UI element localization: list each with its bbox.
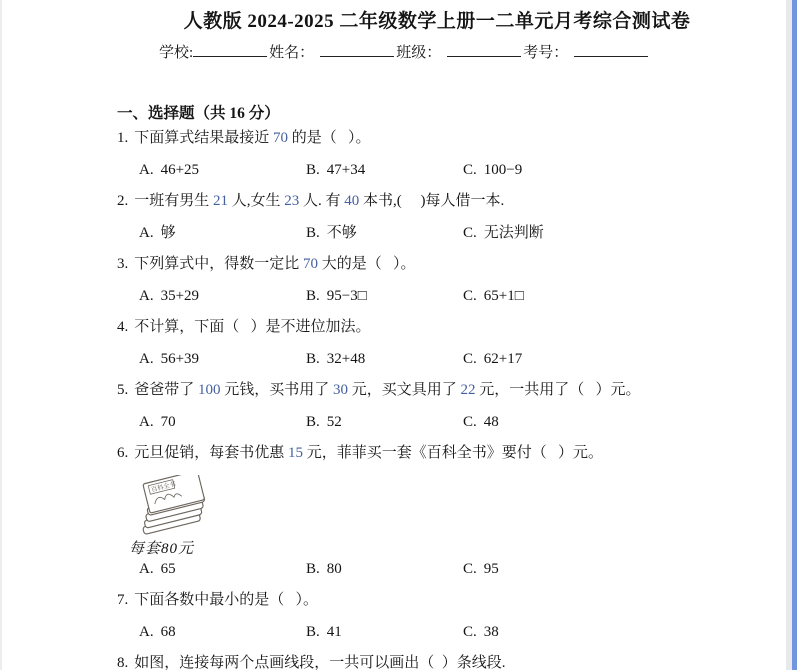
question-stem: 6.元旦促销，每套书优惠 15 元，菲菲买一套《百科全书》要付（ ）元。	[117, 443, 757, 464]
field-label: 姓名：	[269, 43, 314, 64]
option-text: 100−9	[484, 162, 522, 178]
answer-option: C.62+17	[463, 349, 522, 370]
answer-option: B.52	[306, 412, 463, 433]
answer-option: B.不够	[306, 223, 463, 244]
stem-text: 元钱，买书用了	[221, 382, 334, 398]
field-label: 班级：	[396, 43, 441, 64]
encyclopedia-books-icon: 百科全书	[123, 475, 219, 535]
option-text: 68	[161, 624, 176, 640]
option-label: C.	[463, 414, 484, 430]
question-stem: 5.爸爸带了 100 元钱，买书用了 30 元，买文具用了 22 元，一共用了（…	[117, 380, 757, 401]
stem-text: 一班有男生	[134, 193, 213, 209]
student-info-field: 姓名：	[269, 42, 394, 64]
student-info-field: 学校:	[159, 42, 267, 64]
stem-text: 人,女生	[228, 193, 284, 209]
question-stem: 7.下面各数中最小的是（ ）。	[117, 590, 757, 611]
option-label: C.	[463, 351, 484, 367]
stem-text: 的是（ ）。	[288, 130, 371, 146]
answer-option: C.38	[463, 622, 499, 643]
option-label: B.	[306, 225, 327, 241]
field-label: 考号：	[523, 43, 568, 64]
option-text: 38	[484, 624, 499, 640]
option-label: A.	[139, 414, 161, 430]
stem-number: 40	[344, 193, 359, 209]
option-text: 47+34	[327, 162, 365, 178]
stem-text: 下面各数中最小的是（ ）。	[134, 592, 318, 608]
question-number: 4.	[117, 319, 134, 335]
question-number: 7.	[117, 592, 134, 608]
option-label: B.	[306, 414, 327, 430]
stem-number: 23	[284, 193, 299, 209]
option-text: 56+39	[161, 351, 199, 367]
options-row: A.46+25B.47+34C.100−9	[117, 160, 757, 181]
answer-option: A.56+39	[139, 349, 306, 370]
option-label: B.	[306, 288, 327, 304]
question-number: 2.	[117, 193, 134, 209]
stem-text: 元，菲菲买一套《百科全书》要付（ ）元。	[303, 445, 603, 461]
answer-option: C.48	[463, 412, 499, 433]
option-label: B.	[306, 561, 327, 577]
option-label: C.	[463, 225, 484, 241]
question-stem: 2.一班有男生 21 人,女生 23 人. 有 40 本书,( )每人借一本.	[117, 191, 757, 212]
option-text: 62+17	[484, 351, 522, 367]
stem-number: 30	[333, 382, 348, 398]
options-row: A.68B.41C.38	[117, 622, 757, 643]
stem-text: 人. 有	[299, 193, 344, 209]
option-text: 46+25	[161, 162, 199, 178]
option-label: C.	[463, 288, 484, 304]
answer-option: A.68	[139, 622, 306, 643]
option-text: 48	[484, 414, 499, 430]
answer-option: A.够	[139, 223, 306, 244]
answer-option: A.70	[139, 412, 306, 433]
fill-in-blank	[320, 42, 394, 57]
option-text: 95−3□	[327, 288, 367, 304]
option-label: B.	[306, 162, 327, 178]
question-stem: 3.下列算式中，得数一定比 70 大的是（ ）。	[117, 254, 757, 275]
question-number: 6.	[117, 445, 134, 461]
fill-in-blank	[574, 42, 648, 57]
answer-option: A.65	[139, 559, 306, 580]
question-number: 5.	[117, 382, 134, 398]
student-info-field: 班级：	[396, 42, 521, 64]
option-text: 80	[327, 561, 342, 577]
answer-option: B.41	[306, 622, 463, 643]
question-number: 8.	[117, 655, 134, 670]
question-item: 6.元旦促销，每套书优惠 15 元，菲菲买一套《百科全书》要付（ ）元。 百科全…	[117, 443, 757, 580]
answer-option: B.80	[306, 559, 463, 580]
answer-option: C.65+1□	[463, 286, 524, 307]
question-figure: 百科全书 每套80元	[123, 475, 757, 559]
question-item: 5.爸爸带了 100 元钱，买书用了 30 元，买文具用了 22 元，一共用了（…	[117, 380, 757, 433]
stem-text: 如图，连接每两个点画线段，一共可以画出（ ）条线段.	[134, 655, 505, 670]
stem-text: 爸爸带了	[134, 382, 198, 398]
stem-number: 70	[303, 256, 318, 272]
options-row: A.56+39B.32+48C.62+17	[117, 349, 757, 370]
option-text: 够	[161, 225, 176, 241]
question-item: 2.一班有男生 21 人,女生 23 人. 有 40 本书,( )每人借一本.A…	[117, 191, 757, 244]
answer-option: B.95−3□	[306, 286, 463, 307]
student-info-field: 考号：	[523, 42, 648, 64]
question-item: 3.下列算式中，得数一定比 70 大的是（ ）。A.35+29B.95−3□C.…	[117, 254, 757, 307]
stem-text: 本书,( )每人借一本.	[359, 193, 504, 209]
field-label: 学校:	[159, 43, 193, 64]
option-label: C.	[463, 624, 484, 640]
options-row: A.65B.80C.95	[117, 559, 757, 580]
option-label: A.	[139, 624, 161, 640]
answer-option: C.无法判断	[463, 223, 544, 244]
option-text: 95	[484, 561, 499, 577]
question-stem: 8.如图，连接每两个点画线段，一共可以画出（ ）条线段.	[117, 653, 757, 670]
stem-number: 21	[213, 193, 228, 209]
scrollbar-thumb[interactable]	[792, 0, 797, 670]
question-stem: 4.不计算，下面（ ）是不进位加法。	[117, 317, 757, 338]
option-label: B.	[306, 351, 327, 367]
fill-in-blank	[447, 42, 521, 57]
option-text: 不够	[327, 225, 357, 241]
answer-option: B.47+34	[306, 160, 463, 181]
question-number: 3.	[117, 256, 134, 272]
stem-text: 元，买文具用了	[348, 382, 461, 398]
option-text: 65+1□	[484, 288, 524, 304]
question-list: 1.下面算式结果最接近 70 的是（ ）。A.46+25B.47+34C.100…	[117, 128, 757, 670]
answer-option: C.100−9	[463, 160, 522, 181]
stem-text: 元，一共用了（ ）元。	[476, 382, 641, 398]
option-text: 70	[161, 414, 176, 430]
page-title: 人教版 2024-2025 二年级数学上册一二单元月考综合测试卷	[117, 10, 757, 34]
option-text: 52	[327, 414, 342, 430]
stem-text: 下面算式结果最接近	[134, 130, 273, 146]
stem-number: 22	[461, 382, 476, 398]
answer-option: A.46+25	[139, 160, 306, 181]
option-label: A.	[139, 288, 161, 304]
option-label: A.	[139, 351, 161, 367]
options-row: A.70B.52C.48	[117, 412, 757, 433]
question-stem: 1.下面算式结果最接近 70 的是（ ）。	[117, 128, 757, 149]
option-text: 65	[161, 561, 176, 577]
stem-number: 70	[273, 130, 288, 146]
fill-in-blank	[193, 42, 267, 57]
stem-text: 元旦促销，每套书优惠	[134, 445, 288, 461]
option-text: 41	[327, 624, 342, 640]
student-info-line: 学校:姓名：班级：考号：	[159, 42, 757, 64]
answer-option: A.35+29	[139, 286, 306, 307]
option-text: 32+48	[327, 351, 365, 367]
question-item: 4.不计算，下面（ ）是不进位加法。A.56+39B.32+48C.62+17	[117, 317, 757, 370]
option-label: A.	[139, 162, 161, 178]
option-label: B.	[306, 624, 327, 640]
question-item: 8.如图，连接每两个点画线段，一共可以画出（ ）条线段.	[117, 653, 757, 670]
question-item: 1.下面算式结果最接近 70 的是（ ）。A.46+25B.47+34C.100…	[117, 128, 757, 181]
option-label: C.	[463, 561, 484, 577]
answer-option: C.95	[463, 559, 499, 580]
stem-text: 下列算式中，得数一定比	[134, 256, 303, 272]
option-label: A.	[139, 561, 161, 577]
question-number: 1.	[117, 130, 134, 146]
answer-option: B.32+48	[306, 349, 463, 370]
document-page: 人教版 2024-2025 二年级数学上册一二单元月考综合测试卷 学校:姓名：班…	[0, 0, 787, 670]
section-heading: 一、选择题（共 16 分）	[117, 103, 757, 124]
option-label: C.	[463, 162, 484, 178]
stem-number: 100	[198, 382, 221, 398]
options-row: A.够B.不够C.无法判断	[117, 223, 757, 244]
stem-text: 不计算，下面（ ）是不进位加法。	[134, 319, 370, 335]
stem-text: 大的是（ ）。	[318, 256, 416, 272]
option-text: 35+29	[161, 288, 199, 304]
option-text: 无法判断	[484, 225, 544, 241]
figure-caption: 每套80元	[129, 540, 757, 558]
stem-number: 15	[288, 445, 303, 461]
question-item: 7.下面各数中最小的是（ ）。A.68B.41C.38	[117, 590, 757, 643]
options-row: A.35+29B.95−3□C.65+1□	[117, 286, 757, 307]
option-label: A.	[139, 225, 161, 241]
